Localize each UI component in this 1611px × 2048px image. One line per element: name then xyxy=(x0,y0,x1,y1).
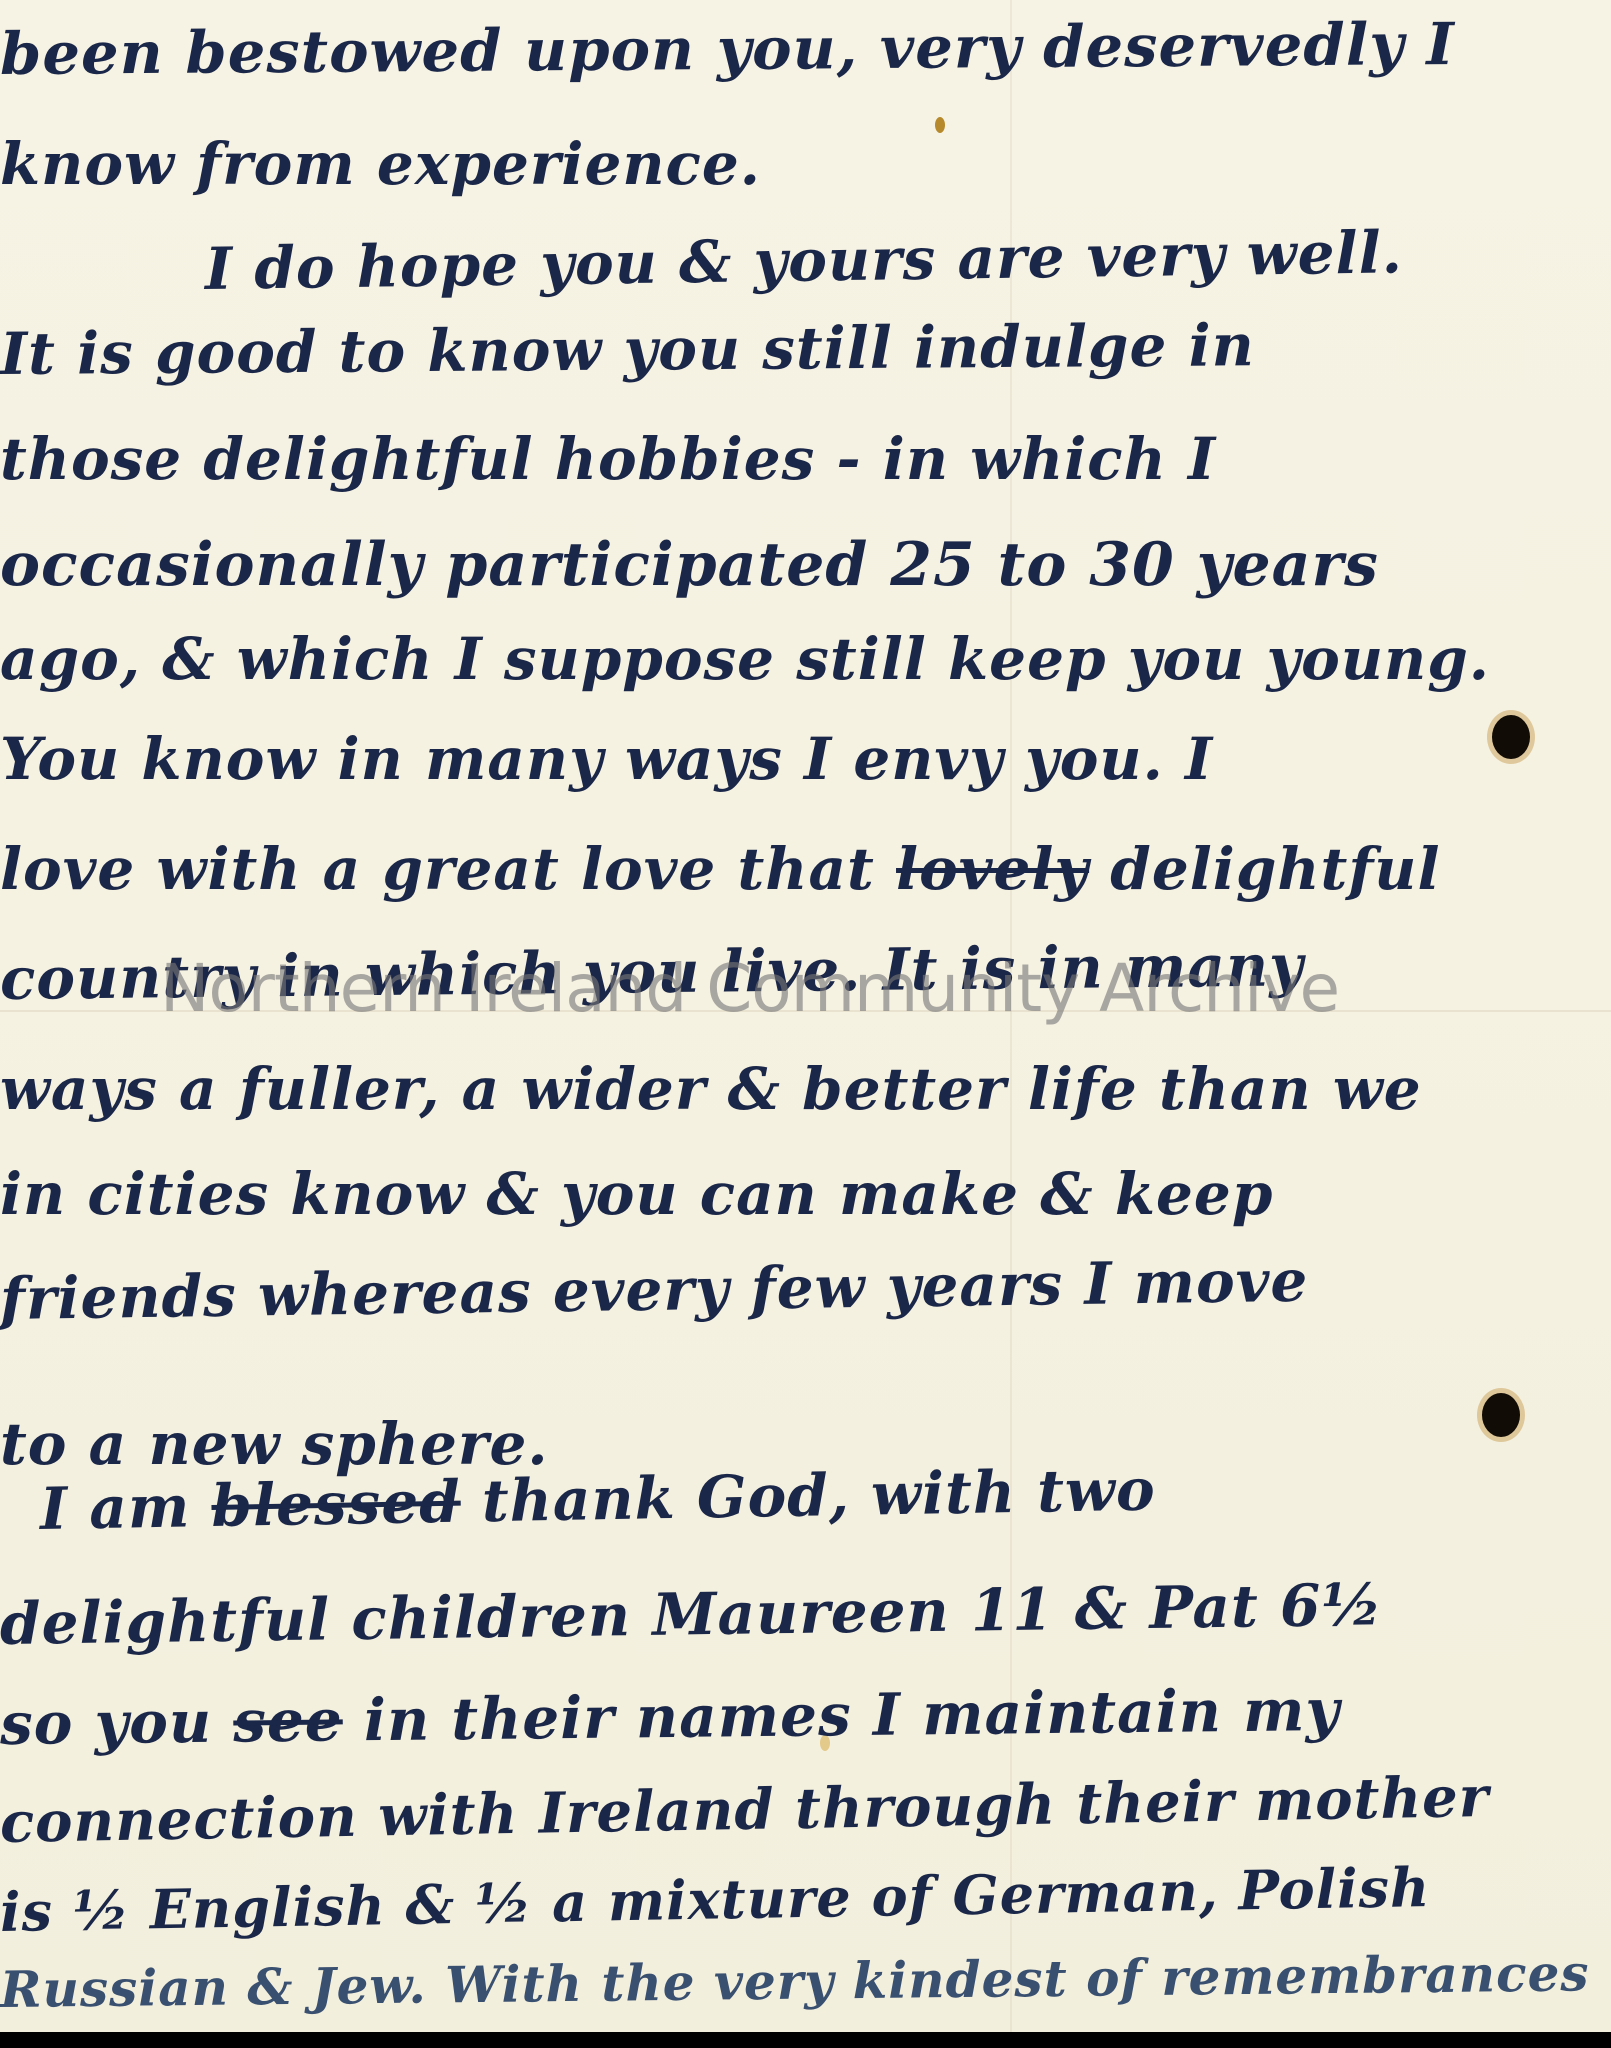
letter-line: delightful children Maureen 11 & Pat 6½ xyxy=(0,1571,1383,1658)
line-text: Russian & Jew. With the very kindest of … xyxy=(0,1943,1590,2019)
letter-line: Russian & Jew. With the very kindest of … xyxy=(0,1943,1590,2019)
struck-word: see xyxy=(233,1686,343,1755)
line-text: ago, & which I suppose still keep you yo… xyxy=(0,625,1490,693)
line-text: I do hope you & yours are very well. xyxy=(205,218,1404,303)
letter-line: is ½ English & ½ a mixture of German, Po… xyxy=(0,1855,1431,1944)
letter-line: been bestowed upon you, very deservedly … xyxy=(0,10,1455,88)
line-text: thank God, with two xyxy=(481,1456,1156,1536)
letter-line: I do hope you & yours are very well. xyxy=(205,218,1404,303)
letter-line: ways a fuller, a wider & better life tha… xyxy=(0,1055,1422,1123)
line-text: You know in many ways I envy you. I xyxy=(0,725,1213,793)
line-text: been bestowed upon you, very deservedly … xyxy=(0,10,1455,88)
ink-stain xyxy=(935,117,945,133)
line-text: connection with Ireland through their mo… xyxy=(0,1764,1490,1856)
letter-line: friends whereas every few years I move xyxy=(0,1247,1309,1333)
letter-line: ago, & which I suppose still keep you yo… xyxy=(0,625,1490,693)
line-text: I am xyxy=(39,1472,190,1543)
letter-line: know from experience. xyxy=(0,130,761,198)
line-text: so you xyxy=(0,1688,212,1758)
line-text: those delightful hobbies - in which I xyxy=(0,425,1216,493)
archive-watermark: Northern Ireland Community Archive xyxy=(160,950,1339,1027)
punch-hole xyxy=(1482,1393,1520,1437)
line-text: in cities know & you can make & keep xyxy=(0,1160,1273,1228)
line-text: delightful xyxy=(1110,835,1440,903)
letter-line: It is good to know you still indulge in xyxy=(0,311,1255,388)
letter-line: those delightful hobbies - in which I xyxy=(0,425,1216,493)
letter-line: You know in many ways I envy you. I xyxy=(0,725,1213,793)
letter-line: in cities know & you can make & keep xyxy=(0,1160,1273,1228)
letter-line: occasionally participated 25 to 30 years xyxy=(0,530,1379,600)
line-text: occasionally participated 25 to 30 years xyxy=(0,530,1379,600)
line-text: love with a great love that xyxy=(0,835,875,903)
line-text: It is good to know you still indulge in xyxy=(0,311,1255,388)
line-text: ways a fuller, a wider & better life tha… xyxy=(0,1055,1422,1123)
struck-word: lovely xyxy=(896,835,1089,903)
letter-line: so you see in their names I maintain my xyxy=(0,1676,1340,1758)
letter-line: connection with Ireland through their mo… xyxy=(0,1764,1490,1856)
letter-page: been bestowed upon you, very deservedly … xyxy=(0,0,1611,2032)
line-text: know from experience. xyxy=(0,130,761,198)
letter-line: love with a great love that lovely delig… xyxy=(0,835,1441,903)
line-text: in their names I maintain my xyxy=(364,1676,1341,1754)
struck-word: blessed xyxy=(211,1468,461,1540)
line-text: friends whereas every few years I move xyxy=(0,1247,1309,1333)
punch-hole xyxy=(1492,715,1530,759)
line-text: is ½ English & ½ a mixture of German, Po… xyxy=(0,1855,1431,1944)
line-text: delightful children Maureen 11 & Pat 6½ xyxy=(0,1571,1383,1658)
